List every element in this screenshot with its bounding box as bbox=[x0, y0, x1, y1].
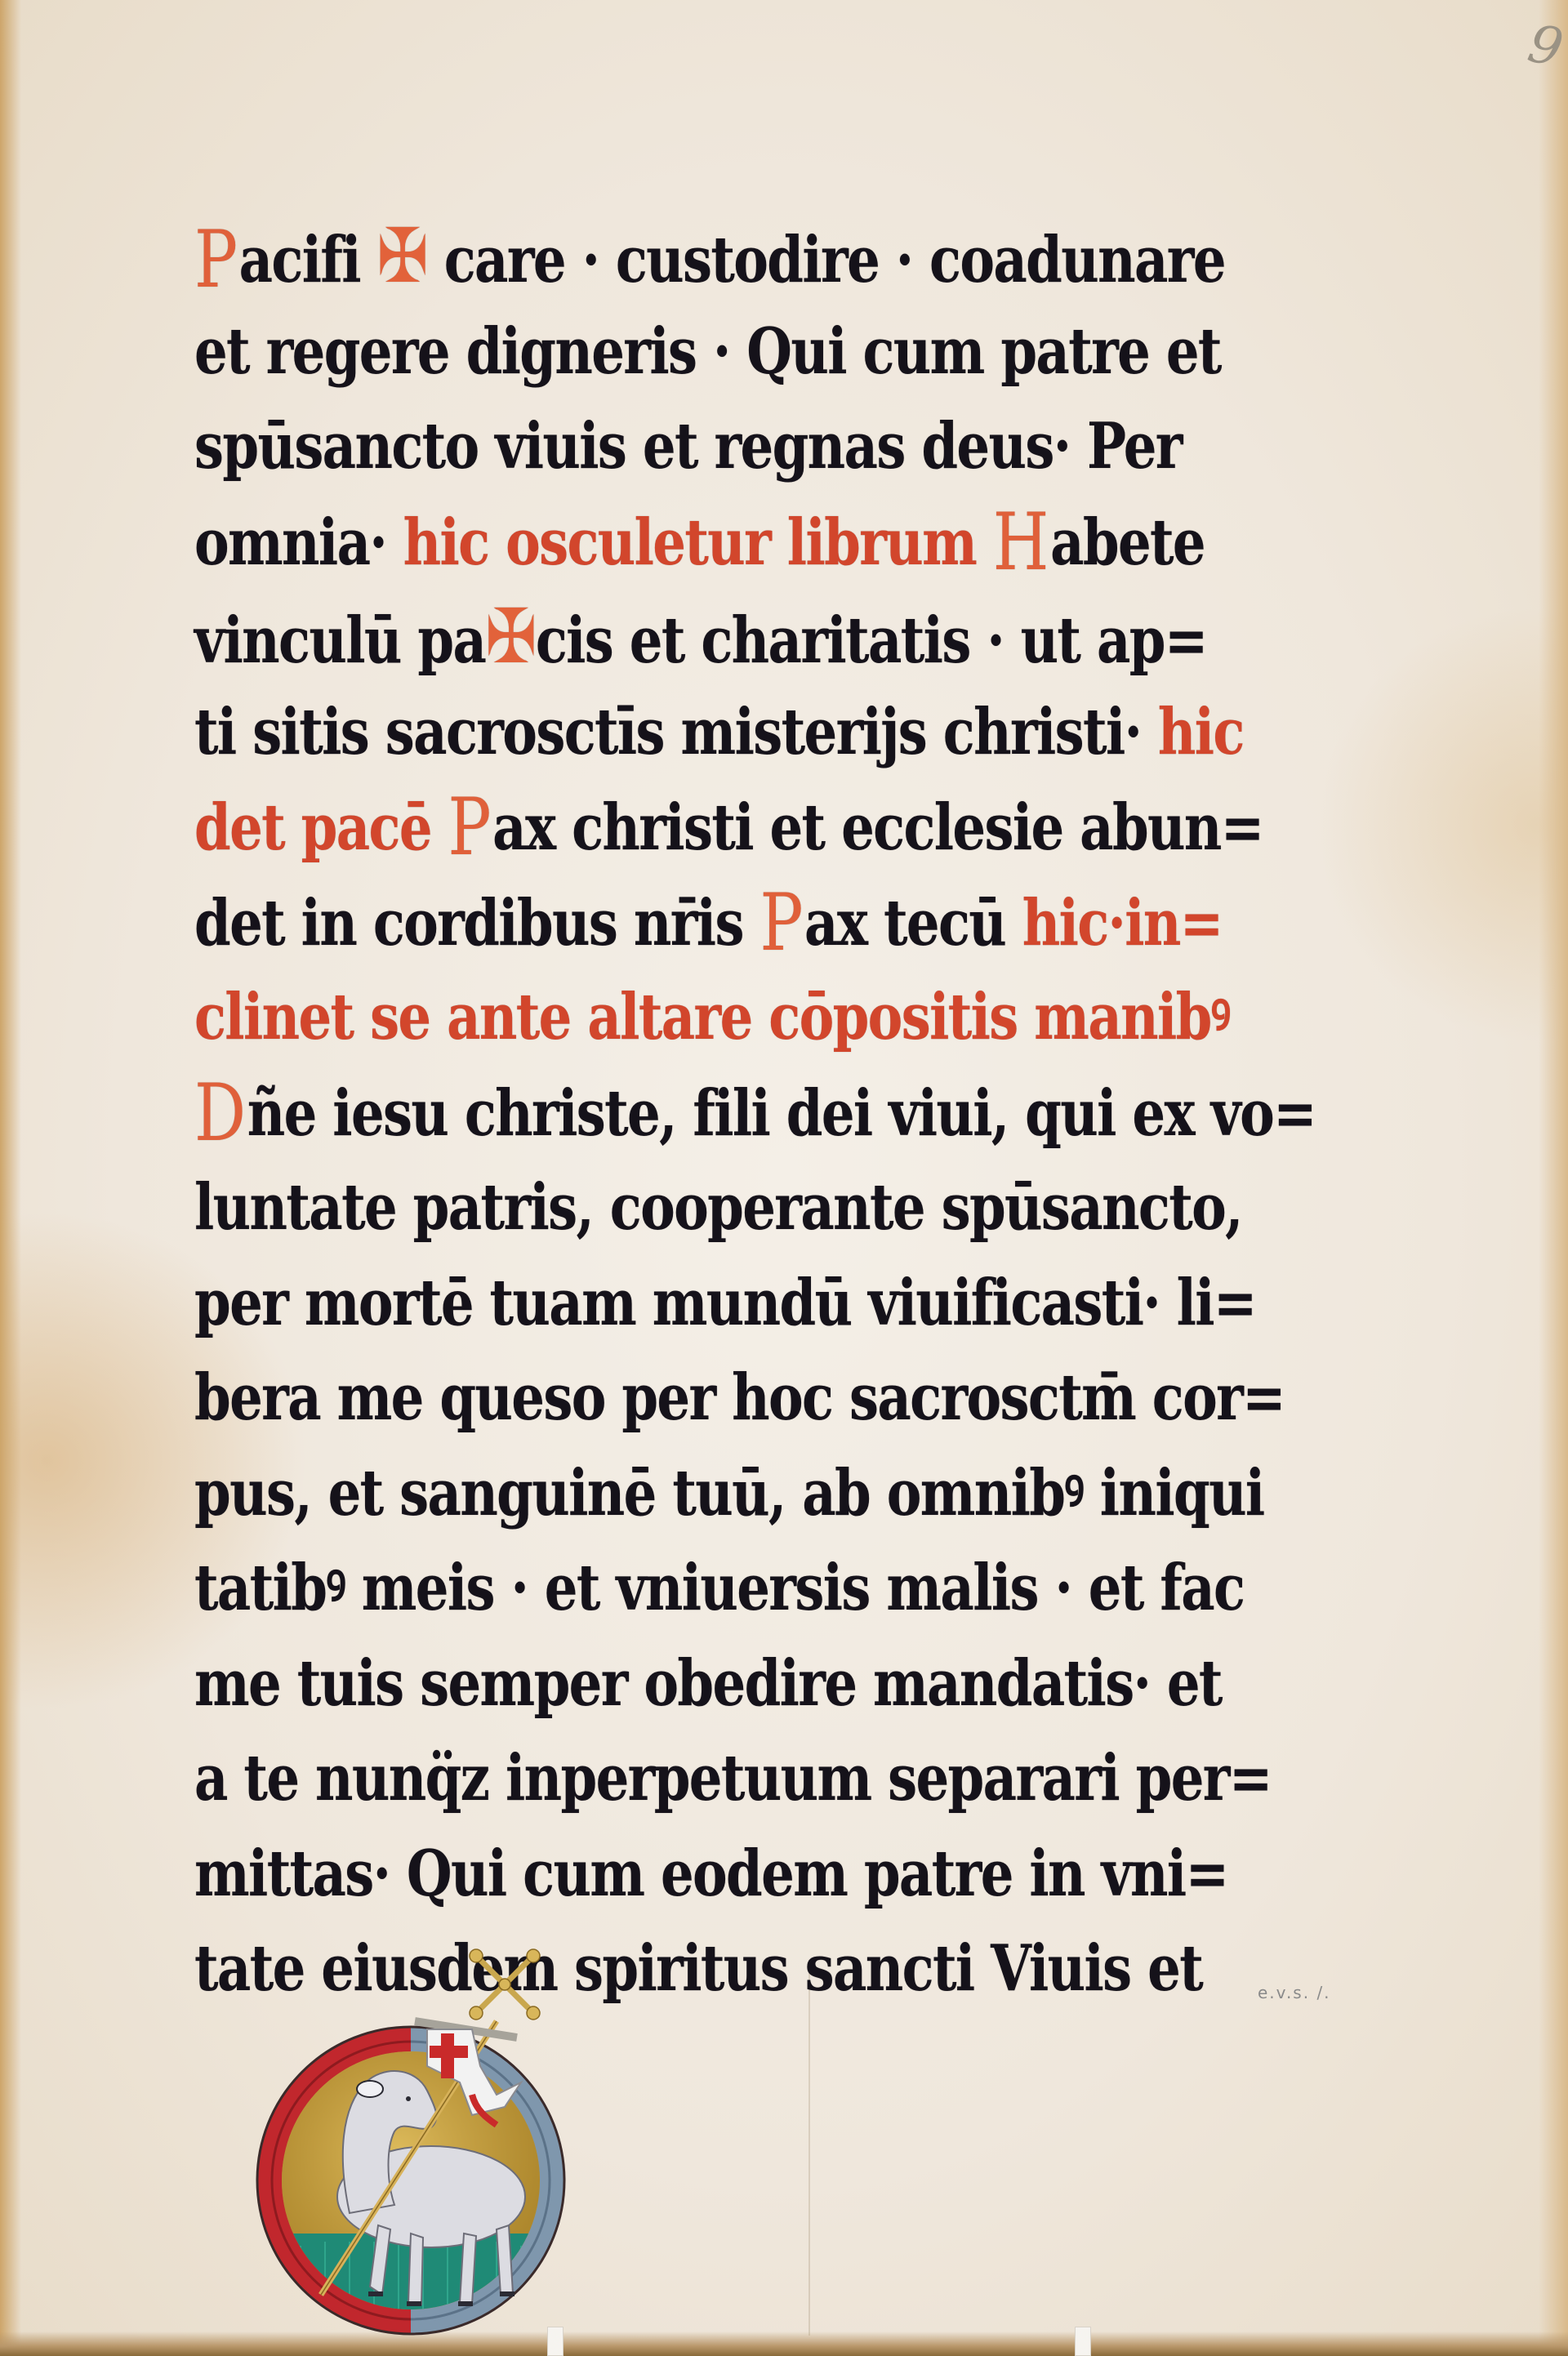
leaf-edge-stain-left bbox=[0, 0, 21, 2356]
manuscript-text-block: Pacifi ✠ care · custodire · coadunareet … bbox=[194, 214, 1338, 2022]
red-initial: P bbox=[194, 214, 236, 305]
text-line: luntate patris, cooperante spūsancto, bbox=[194, 1165, 1132, 1261]
agnus-dei-icon bbox=[227, 1944, 586, 2336]
body-text: me tuis semper obedire mandatis· et bbox=[194, 1646, 1222, 1721]
text-line: tatibꝰ meis · et vniuersis malis · et fa… bbox=[194, 1546, 1132, 1641]
body-text: omnia· bbox=[194, 505, 403, 580]
text-line: det pacē Pax christi et ecclesie abun= bbox=[194, 785, 1132, 880]
cross-icon: ✠ bbox=[377, 212, 428, 300]
text-line: omnia· hic osculetur librum Habete bbox=[194, 500, 1132, 595]
body-text: mittas· Qui cum eodem patre in vni= bbox=[194, 1837, 1228, 1911]
body-text: ax tecū bbox=[804, 886, 1022, 960]
body-text: care · custodire · coadunare bbox=[427, 223, 1225, 297]
text-line: ti sitis sacrosctīs misterijs christi· h… bbox=[194, 690, 1132, 786]
body-text: tatibꝰ meis · et vniuersis malis · et fa… bbox=[194, 1551, 1244, 1625]
text-line: et regere digneris · Qui cum patre et bbox=[194, 310, 1132, 405]
body-text: et regere digneris · Qui cum patre et bbox=[194, 314, 1221, 389]
text-line: det in cordibus nr̄is Pax tecū hic·in= bbox=[194, 880, 1132, 976]
text-line: Pacifi ✠ care · custodire · coadunare bbox=[194, 214, 1132, 310]
mount-tab-right bbox=[1075, 2327, 1091, 2356]
leaf-edge-stain-right bbox=[1539, 0, 1568, 2356]
cross-icon: ✠ bbox=[485, 593, 536, 680]
body-text: luntate patris, cooperante spūsancto, bbox=[194, 1170, 1242, 1245]
text-line: me tuis semper obedire mandatis· et bbox=[194, 1641, 1132, 1737]
rubric-text: hic·in= bbox=[1022, 886, 1223, 960]
text-line: spūsancto viuis et regnas deus· Per bbox=[194, 404, 1132, 500]
body-text: bera me queso per hoc sacrosctm̄ cor= bbox=[194, 1361, 1285, 1435]
text-line: clinet se ante altare cōpositis manibꝰ bbox=[194, 975, 1132, 1071]
red-initial: P bbox=[759, 877, 801, 969]
body-text: ti sitis sacrosctīs misterijs christi· bbox=[194, 695, 1158, 769]
body-text: ax christi et ecclesie abun= bbox=[492, 791, 1263, 865]
text-line: bera me queso per hoc sacrosctm̄ cor= bbox=[194, 1356, 1132, 1451]
body-text: cis et charitatis · ut ap= bbox=[536, 603, 1207, 678]
text-line: mittas· Qui cum eodem patre in vni= bbox=[194, 1832, 1132, 1927]
body-text: abete bbox=[1050, 505, 1205, 580]
text-line: a te nunq̈z inperpetuum separari per= bbox=[194, 1736, 1132, 1832]
text-line: per mortē tuam mundū viuificasti· li= bbox=[194, 1261, 1132, 1356]
red-initial: P bbox=[448, 782, 490, 873]
text-line: vinculū pa✠cis et charitatis · ut ap= bbox=[194, 595, 1132, 690]
rubric-text: clinet se ante altare cōpositis manibꝰ bbox=[194, 980, 1230, 1054]
body-text: spūsancto viuis et regnas deus· Per bbox=[194, 409, 1182, 483]
body-text: per mortē tuam mundū viuificasti· li= bbox=[194, 1266, 1256, 1340]
body-text: pus, et sanguinē tuū, ab omnibꝰ iniqui bbox=[194, 1456, 1264, 1530]
body-text: a te nunq̈z inperpetuum separari per= bbox=[194, 1741, 1272, 1815]
body-text: ñe iesu christe, fili dei viui, qui ex v… bbox=[247, 1076, 1316, 1151]
body-text: acifi bbox=[239, 223, 377, 297]
illuminated-initial-agnus-dei bbox=[227, 1944, 586, 2336]
body-text: det in cordibus nr̄is bbox=[194, 886, 759, 960]
body-text: vinculū pa bbox=[194, 603, 485, 678]
rubric-text: hic bbox=[1158, 695, 1244, 769]
rubric-text: det pacē bbox=[194, 791, 448, 865]
red-initial: D bbox=[194, 1067, 244, 1159]
red-initial: H bbox=[993, 497, 1048, 588]
rubric-text: hic osculetur librum bbox=[403, 505, 993, 580]
text-line: Dñe iesu christe, fili dei viui, qui ex … bbox=[194, 1071, 1132, 1166]
text-line: pus, et sanguinē tuū, ab omnibꝰ iniqui bbox=[194, 1451, 1132, 1547]
